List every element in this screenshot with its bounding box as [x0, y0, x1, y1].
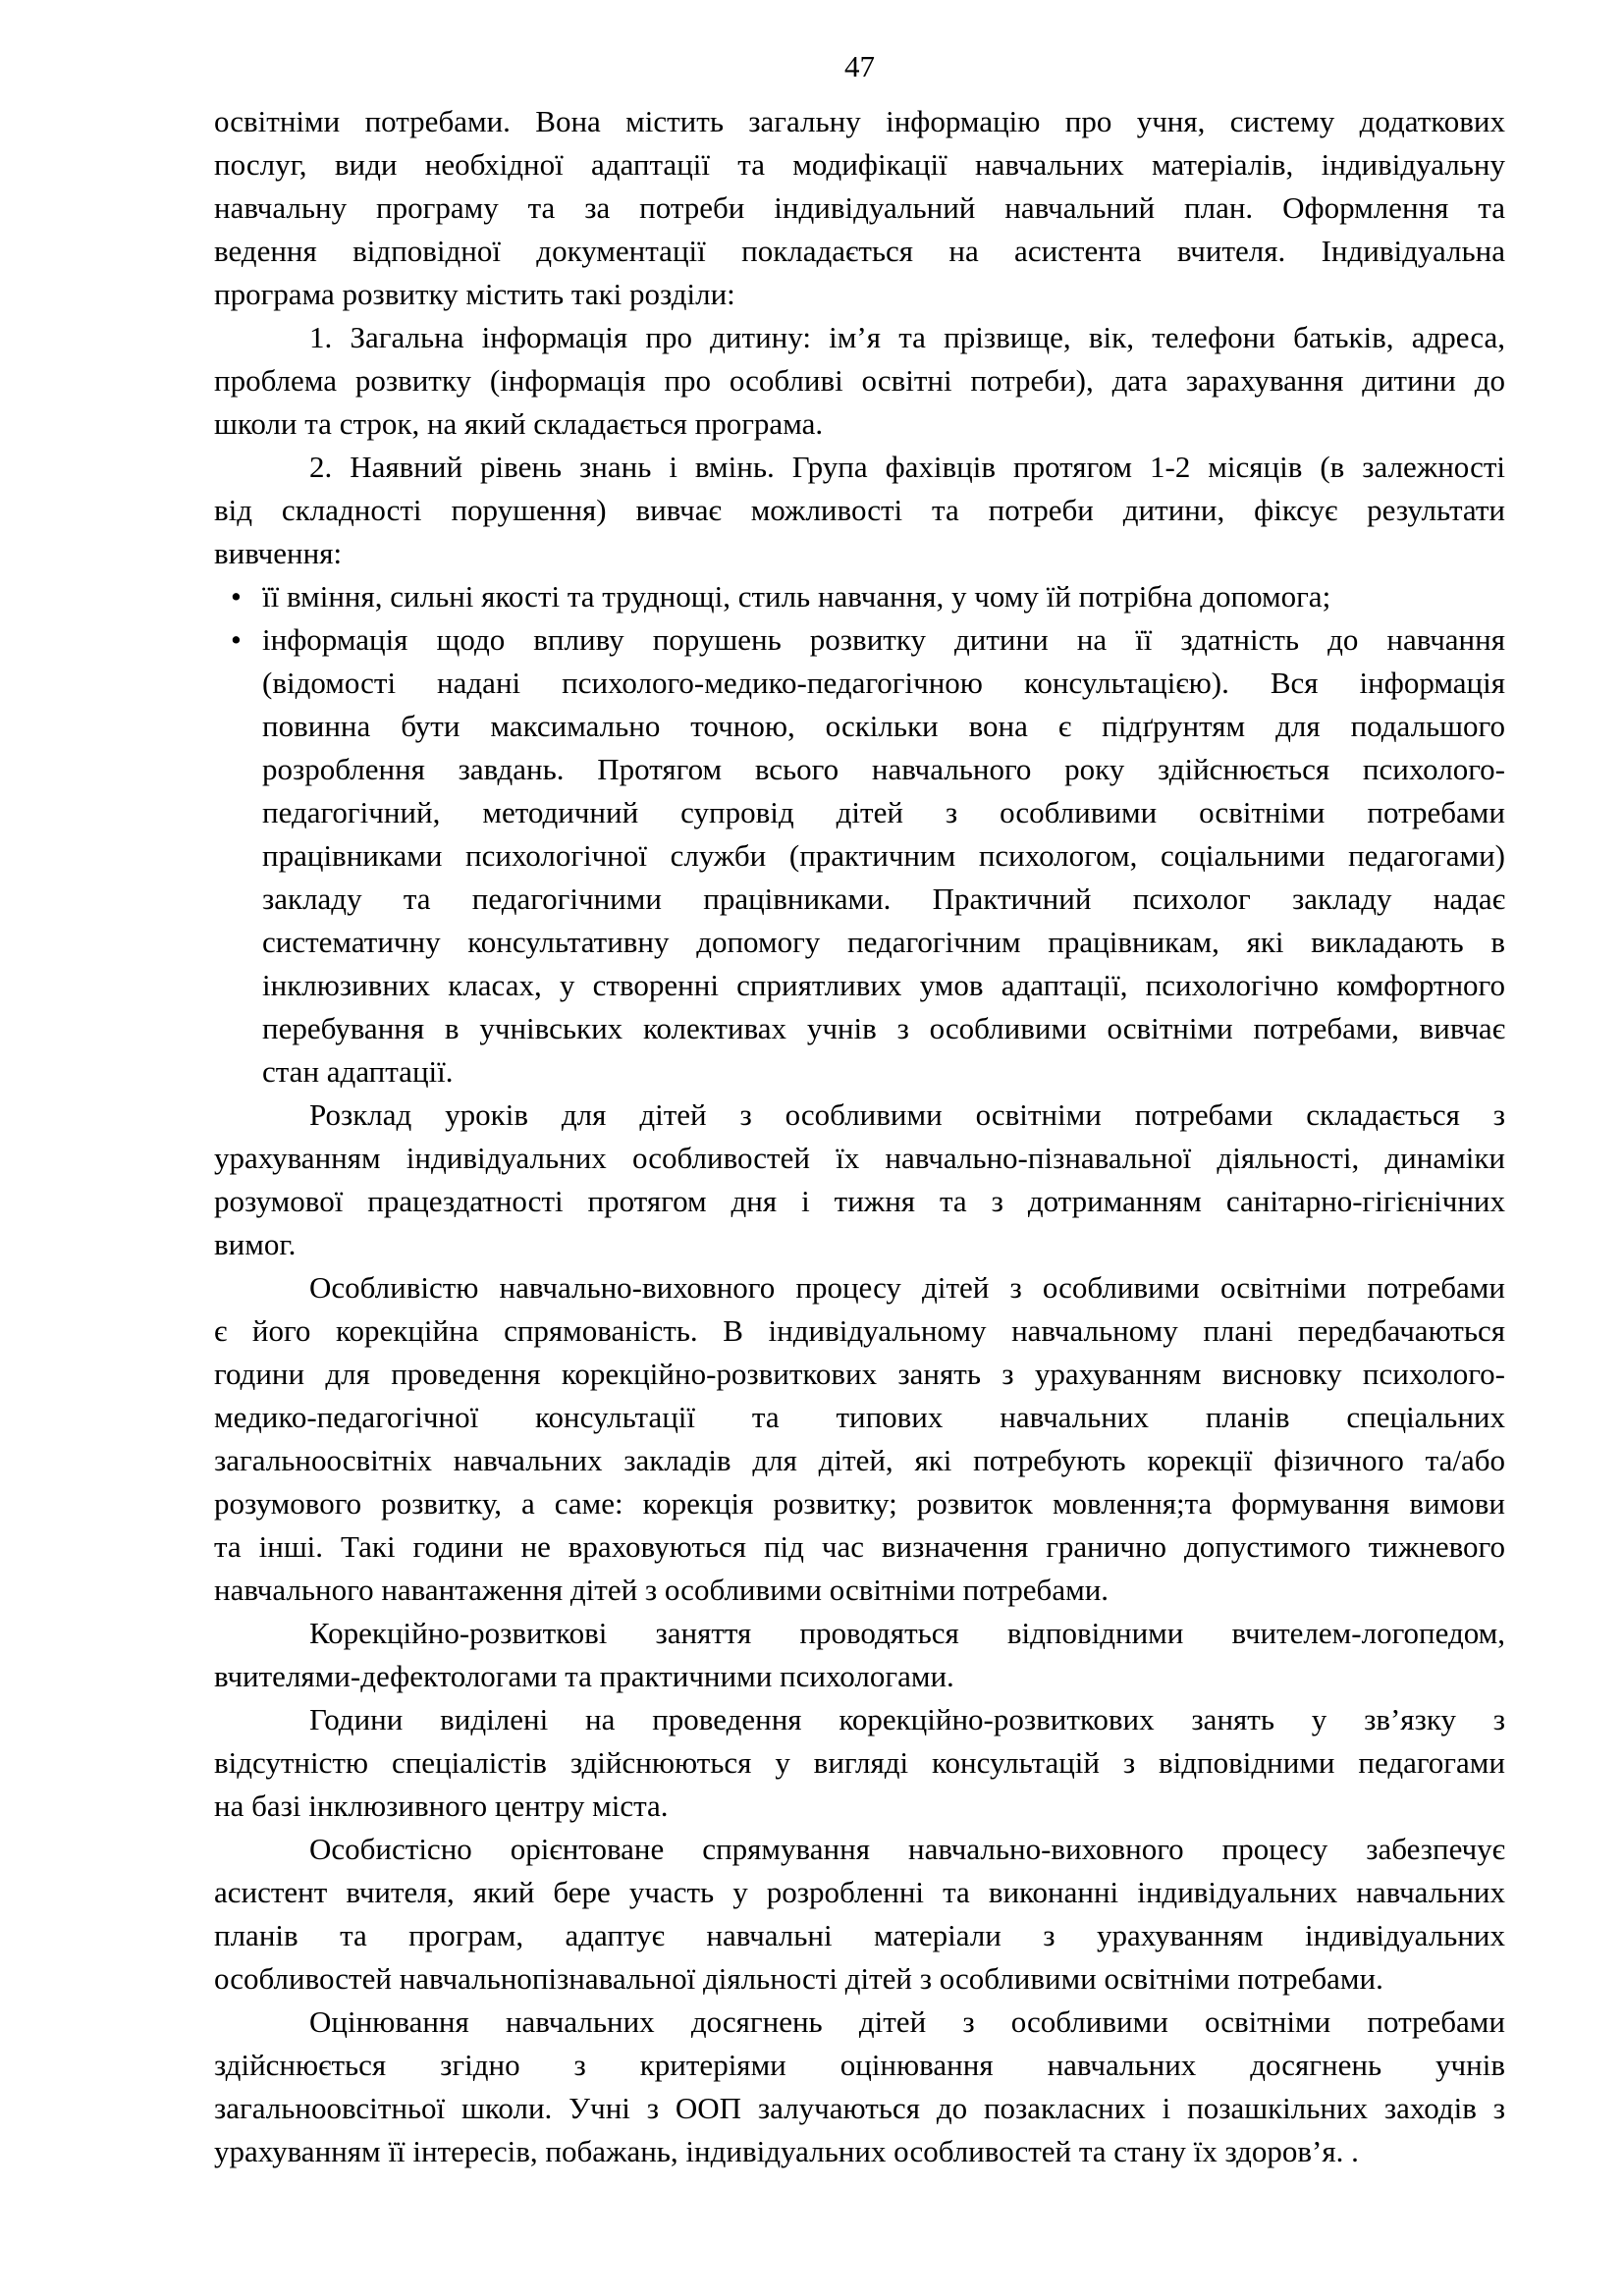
- text-line: урахуванням її інтересів, побажань, інди…: [214, 2130, 1505, 2173]
- text-line: на базі інклюзивного центру міста.: [214, 1785, 1505, 1828]
- text-line: загальноосвітніх навчальних закладів для…: [214, 1439, 1505, 1482]
- text-line: вивчення:: [214, 532, 1505, 575]
- text-line: розумової працездатності протягом дня і …: [214, 1180, 1505, 1223]
- text-line: Розклад уроків для дітей з особливими ос…: [214, 1094, 1505, 1137]
- text-line: школи та строк, на який складається прог…: [214, 402, 1505, 446]
- text-line: повинна бути максимально точною, оскільк…: [214, 705, 1505, 748]
- paragraph: освітніми потребами. Вона містить загаль…: [214, 100, 1505, 316]
- text-line: відсутністю спеціалістів здійснюються у …: [214, 1741, 1505, 1785]
- text-line: та інші. Такі години не враховуються під…: [214, 1525, 1505, 1569]
- text-line: Корекційно-розвиткові заняття проводятьс…: [214, 1612, 1505, 1655]
- text-line: 1. Загальна інформація про дитину: ім’я …: [214, 316, 1505, 359]
- text-line: програма розвитку містить такі розділи:: [214, 273, 1505, 316]
- text-line: від складності порушення) вивчає можливо…: [214, 489, 1505, 532]
- text-line: освітніми потребами. Вона містить загаль…: [214, 100, 1505, 143]
- text-line: навчального навантаження дітей з особлив…: [214, 1569, 1505, 1612]
- bullet-icon: •: [231, 618, 242, 662]
- text-line: проблема розвитку (інформація про особли…: [214, 359, 1505, 402]
- text-line: Особливістю навчально-виховного процесу …: [214, 1266, 1505, 1309]
- text-line: навчальну програму та за потреби індивід…: [214, 187, 1505, 230]
- text-line: години для проведення корекційно-розвитк…: [214, 1353, 1505, 1396]
- document-page: 47 освітніми потребами. Вона містить заг…: [0, 0, 1624, 2296]
- page-number: 47: [214, 45, 1505, 88]
- text-line: ведення відповідної документації поклада…: [214, 230, 1505, 273]
- text-line: здійснюється згідно з критеріями оцінюва…: [214, 2044, 1505, 2087]
- text-line: медико-педагогічної консультації та типо…: [214, 1396, 1505, 1439]
- paragraph: Корекційно-розвиткові заняття проводятьс…: [214, 1612, 1505, 1698]
- text-line: працівниками психологічної служби (практ…: [214, 834, 1505, 878]
- text-line: розроблення завдань. Протягом всього нав…: [214, 748, 1505, 791]
- text-line: є його корекційна спрямованість. В індив…: [214, 1309, 1505, 1353]
- text-line: стан адаптації.: [214, 1050, 1505, 1094]
- paragraph: 1. Загальна інформація про дитину: ім’я …: [214, 316, 1505, 446]
- text-line: загальноовсітньої школи. Учні з ООП залу…: [214, 2087, 1505, 2130]
- text-line: педагогічний, методичний супровід дітей …: [214, 791, 1505, 834]
- paragraph: Розклад уроків для дітей з особливими ос…: [214, 1094, 1505, 1266]
- text-line: •її вміння, сильні якості та труднощі, с…: [214, 575, 1505, 618]
- text-line: Години виділені на проведення корекційно…: [214, 1698, 1505, 1741]
- paragraph: Особистісно орієнтоване спрямування навч…: [214, 1828, 1505, 2001]
- text-line: урахуванням індивідуальних особливостей …: [214, 1137, 1505, 1180]
- bullet-item: •інформація щодо впливу порушень розвитк…: [214, 618, 1505, 1094]
- text-line: Оцінювання навчальних досягнень дітей з …: [214, 2001, 1505, 2044]
- paragraph: 2. Наявний рівень знань і вмінь. Група ф…: [214, 446, 1505, 575]
- text-line: систематичну консультативну допомогу пед…: [214, 921, 1505, 964]
- text-line: інклюзивних класах, у створенні сприятли…: [214, 964, 1505, 1007]
- paragraph: Оцінювання навчальних досягнень дітей з …: [214, 2001, 1505, 2173]
- text-line: вимог.: [214, 1223, 1505, 1266]
- bullet-icon: •: [231, 575, 242, 618]
- text-line: перебування в учнівських колективах учні…: [214, 1007, 1505, 1050]
- text-line: закладу та педагогічними працівниками. П…: [214, 878, 1505, 921]
- text-line: вчителями-дефектологами та практичними п…: [214, 1655, 1505, 1698]
- document-body: освітніми потребами. Вона містить загаль…: [214, 100, 1505, 2173]
- text-line: 2. Наявний рівень знань і вмінь. Група ф…: [214, 446, 1505, 489]
- text-line: особливостей навчальнопізнавальної діяль…: [214, 1957, 1505, 2001]
- text-line: планів та програм, адаптує навчальні мат…: [214, 1914, 1505, 1957]
- paragraph: Години виділені на проведення корекційно…: [214, 1698, 1505, 1828]
- text-line: асистент вчителя, який бере участь у роз…: [214, 1871, 1505, 1914]
- text-line: послуг, види необхідної адаптації та мод…: [214, 143, 1505, 187]
- text-line: (відомості надані психолого-медико-педаг…: [214, 662, 1505, 705]
- text-line: •інформація щодо впливу порушень розвитк…: [214, 618, 1505, 662]
- bullet-item: •її вміння, сильні якості та труднощі, с…: [214, 575, 1505, 618]
- text-line: розумового розвитку, а саме: корекція ро…: [214, 1482, 1505, 1525]
- text-line: Особистісно орієнтоване спрямування навч…: [214, 1828, 1505, 1871]
- paragraph: Особливістю навчально-виховного процесу …: [214, 1266, 1505, 1612]
